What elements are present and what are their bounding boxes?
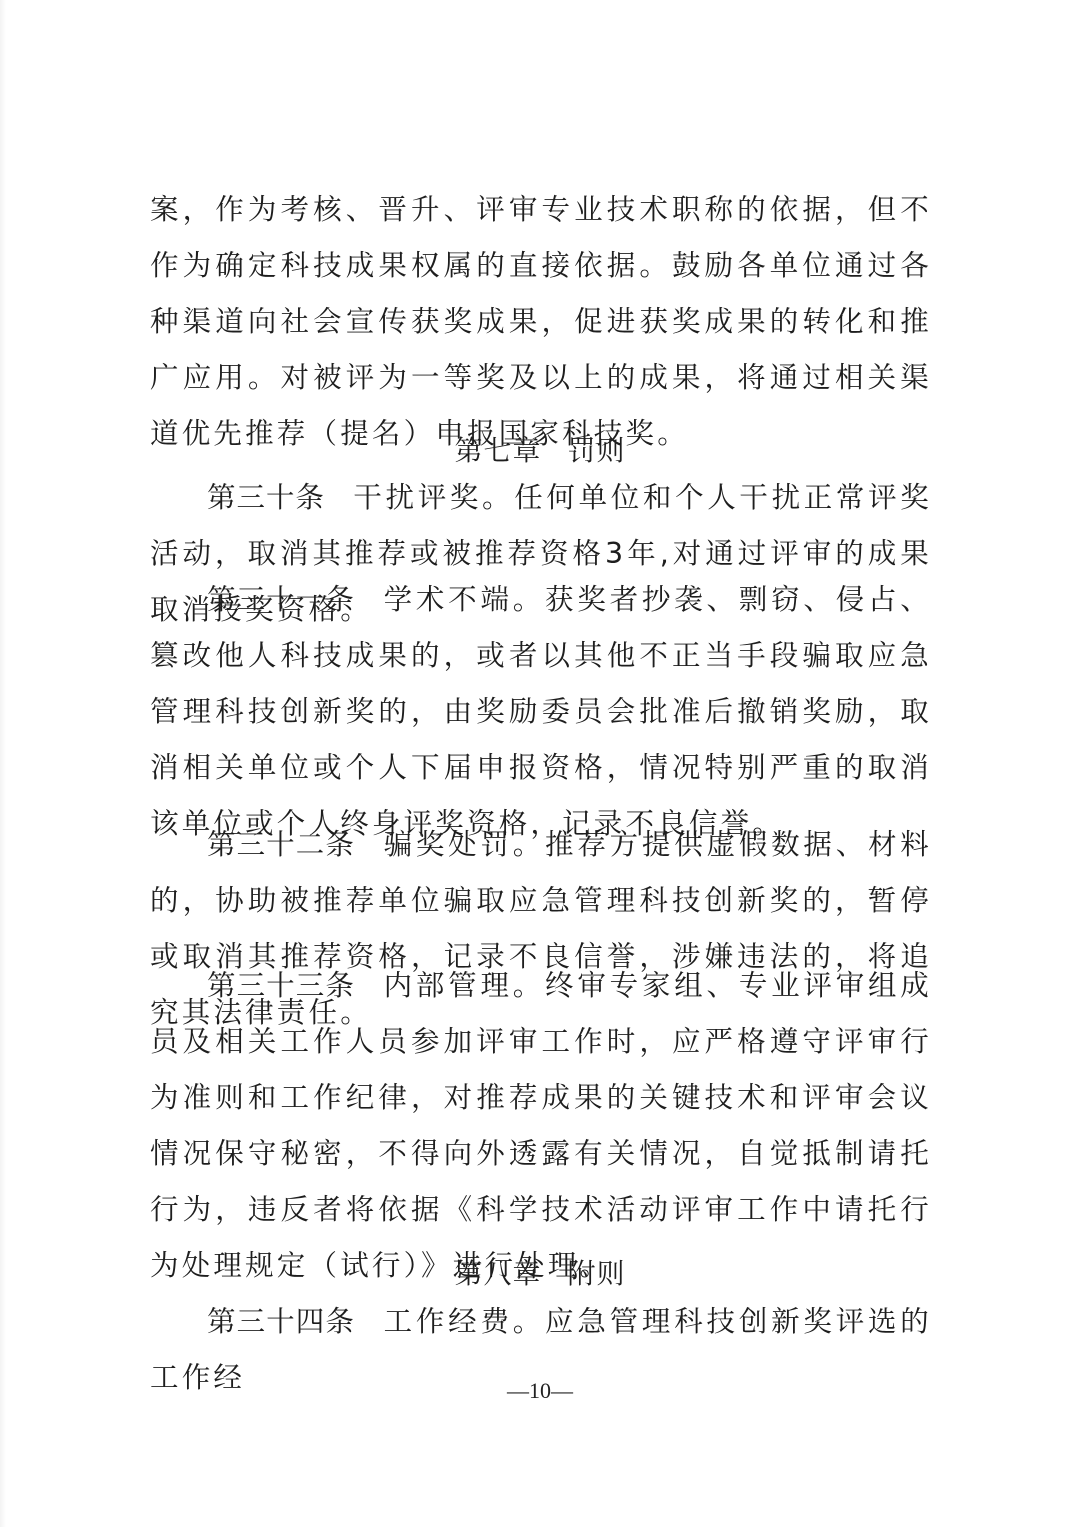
page-number: —10— xyxy=(0,1376,1080,1406)
article-paragraph: 第三十一条学术不端。获奖者抄袭、剽窃、侵占、篡改他人科技成果的，或者以其他不正当… xyxy=(150,572,932,852)
article-33: 第三十三条内部管理。终审专家组、专业评审组成员及相关工作人员参加评审工作时，应严… xyxy=(150,958,932,1294)
chapter-title: 附则 xyxy=(568,1257,626,1290)
continuation-paragraph-block: 案，作为考核、晋升、评审专业技术职称的依据，但不作为确定科技成果权属的直接依据。… xyxy=(150,182,932,462)
chapter-number: 第八章 xyxy=(454,1257,541,1290)
continuation-paragraph: 案，作为考核、晋升、评审专业技术职称的依据，但不作为确定科技成果权属的直接依据。… xyxy=(150,182,932,462)
chapter-heading-8: 第八章附则 xyxy=(0,1254,1080,1294)
article-31: 第三十一条学术不端。获奖者抄袭、剽窃、侵占、篡改他人科技成果的，或者以其他不正当… xyxy=(150,572,932,852)
article-number: 第三十三条 xyxy=(207,969,355,1002)
chapter-number: 第七章 xyxy=(454,434,541,467)
chapter-heading-7: 第七章罚则 xyxy=(0,431,1080,471)
document-page: 案，作为考核、晋升、评审专业技术职称的依据，但不作为确定科技成果权属的直接依据。… xyxy=(0,0,1080,1527)
article-number: 第三十四条 xyxy=(207,1305,355,1338)
article-paragraph: 第三十三条内部管理。终审专家组、专业评审组成员及相关工作人员参加评审工作时，应严… xyxy=(150,958,932,1294)
article-number: 第三十二条 xyxy=(207,828,355,861)
scan-edge-shadow xyxy=(0,0,6,1527)
article-text: 学术不端。获奖者抄袭、剽窃、侵占、篡改他人科技成果的，或者以其他不正当手段骗取应… xyxy=(150,583,932,840)
article-number: 第三十条 xyxy=(207,481,325,514)
chapter-title: 罚则 xyxy=(568,434,626,467)
article-text: 内部管理。终审专家组、专业评审组成员及相关工作人员参加评审工作时，应严格遵守评审… xyxy=(150,969,932,1282)
article-number: 第三十一条 xyxy=(207,583,355,616)
